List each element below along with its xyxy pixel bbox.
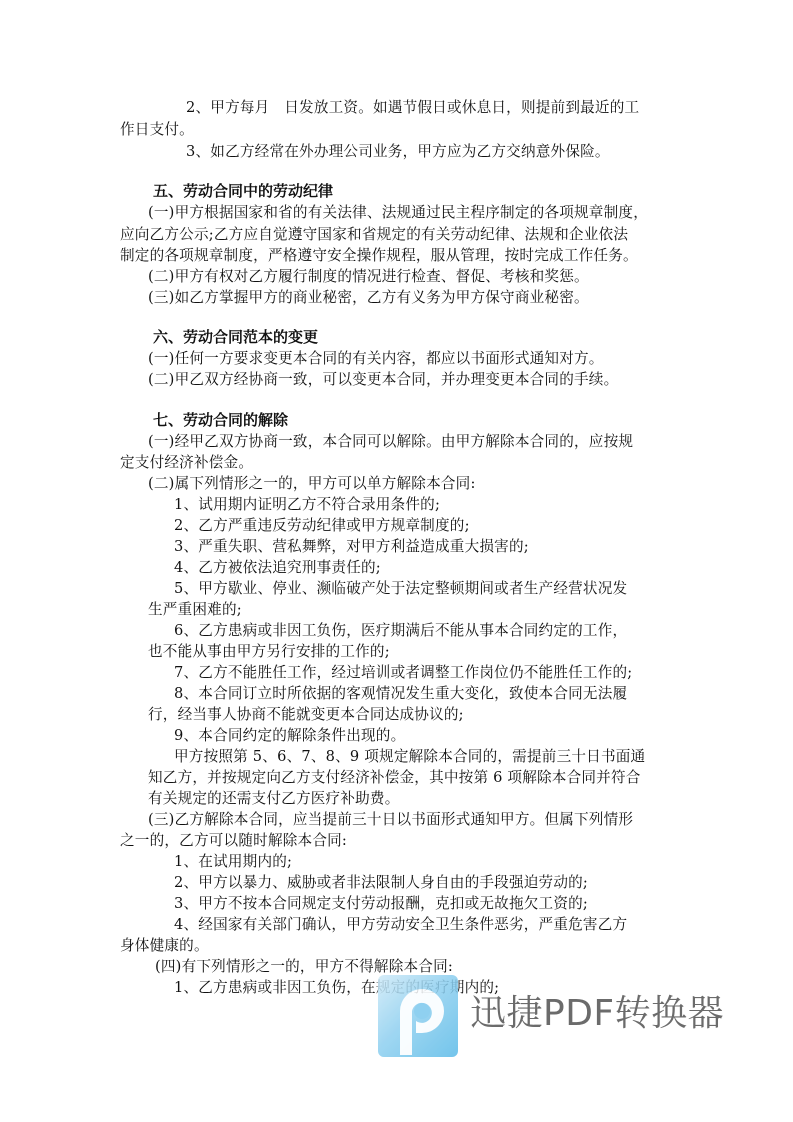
list-item: 2、甲方以暴力、威胁或者非法限制人身自由的手段强迫劳动的; [174,873,588,893]
list-item-continuation: 生严重困难的; [148,600,242,620]
paragraph-line: 作日支付。 [120,120,194,140]
watermark-text: 迅捷PDF转换器 [470,991,724,1037]
paragraph-line: (三)乙方解除本合同，应当提前三十日以书面形式通知甲方。但属下列情形 [148,810,633,830]
list-item-continuation: 也不能从事由甲方另行安排的工作的; [148,642,390,662]
paragraph-line: (四)有下列情形之一的，甲方不得解除本合同: [155,957,453,977]
section-heading: 五、劳动合同中的劳动纪律 [153,181,333,201]
paragraph-line: 有关规定的还需支付乙方医疗补助费。 [148,789,400,809]
paragraph-line: (一)甲方根据国家和省的有关法律、法规通过民主程序制定的各项规章制度， [148,203,648,223]
paragraph-line: (一)经甲乙双方协商一致，本合同可以解除。由甲方解除本合同的，应按规 [148,432,633,452]
list-item: 1、试用期内证明乙方不符合录用条件的; [174,495,440,515]
paragraph-line: 3、如乙方经常在外办理公司业务，甲方应为乙方交纳意外保险。 [186,142,610,162]
paragraph-line: (一)任何一方要求变更本合同的有关内容，都应以书面形式通知对方。 [148,349,604,369]
list-item: 2、乙方严重违反劳动纪律或甲方规章制度的; [174,516,470,536]
list-item: 7、乙方不能胜任工作，经过培训或者调整工作岗位仍不能胜任工作的; [174,663,632,683]
paragraph-line: (二)甲方有权对乙方履行制度的情况进行检查、督促、考核和奖惩。 [148,267,589,287]
list-item: 3、甲方不按本合同规定支付劳动报酬，克扣或无故拖欠工资的; [174,894,588,914]
paragraph-line: 甲方按照第 5、6、7、8、9 项规定解除本合同的，需提前三十日书面通 [174,747,645,767]
document-page: 2、甲方每月 日发放工资。如遇节假日或休息日，则提前到最近的工 作日支付。 3、… [0,0,793,1122]
list-item: 3、严重失职、营私舞弊，对甲方利益造成重大损害的; [174,537,529,557]
list-item: 1、在试用期内的; [174,852,292,872]
watermark: 迅捷PDF转换器 [378,975,738,1057]
list-item-continuation: 身体健康的。 [120,936,209,956]
paragraph-line: 之一的，乙方可以随时解除本合同: [120,831,347,851]
list-item: 4、乙方被依法追究刑事责任的; [174,558,381,578]
section-heading: 六、劳动合同范本的变更 [153,327,318,347]
list-item-continuation: 行，经当事人协商不能就变更本合同达成协议的; [148,705,464,725]
list-item: 6、乙方患病或非因工负伤，医疗期满后不能从事本合同约定的工作， [174,621,627,641]
list-item: 8、本合同订立时所依据的客观情况发生重大变化，致使本合同无法履 [174,684,627,704]
paragraph-line: (二)属下列情形之一的，甲方可以单方解除本合同: [148,474,476,494]
p-logo-icon [378,975,458,1057]
paragraph-line: 2、甲方每月 日发放工资。如遇节假日或休息日，则提前到最近的工 [186,98,639,118]
paragraph-line: 定支付经济补偿金。 [120,453,253,473]
paragraph-line: (二)甲乙双方经协商一致，可以变更本合同，并办理变更本合同的手续。 [148,370,618,390]
paragraph-line: 制定的各项规章制度，严格遵守安全操作规程，服从管理，按时完成工作任务。 [120,246,638,266]
paragraph-line: (三)如乙方掌握甲方的商业秘密，乙方有义务为甲方保守商业秘密。 [148,288,589,308]
section-heading: 七、劳动合同的解除 [153,410,288,430]
list-item: 9、本合同约定的解除条件出现的。 [174,726,405,746]
paragraph-line: 知乙方，并按规定向乙方支付经济补偿金，其中按第 6 项解除本合同并符合 [148,768,641,788]
list-item: 4、经国家有关部门确认，甲方劳动安全卫生条件恶劣，严重危害乙方 [174,915,627,935]
list-item: 5、甲方歇业、停业、濒临破产处于法定整顿期间或者生产经营状况发 [174,579,627,599]
paragraph-line: 应向乙方公示;乙方应自觉遵守国家和省规定的有关劳动纪律、法规和企业依法 [120,225,628,245]
